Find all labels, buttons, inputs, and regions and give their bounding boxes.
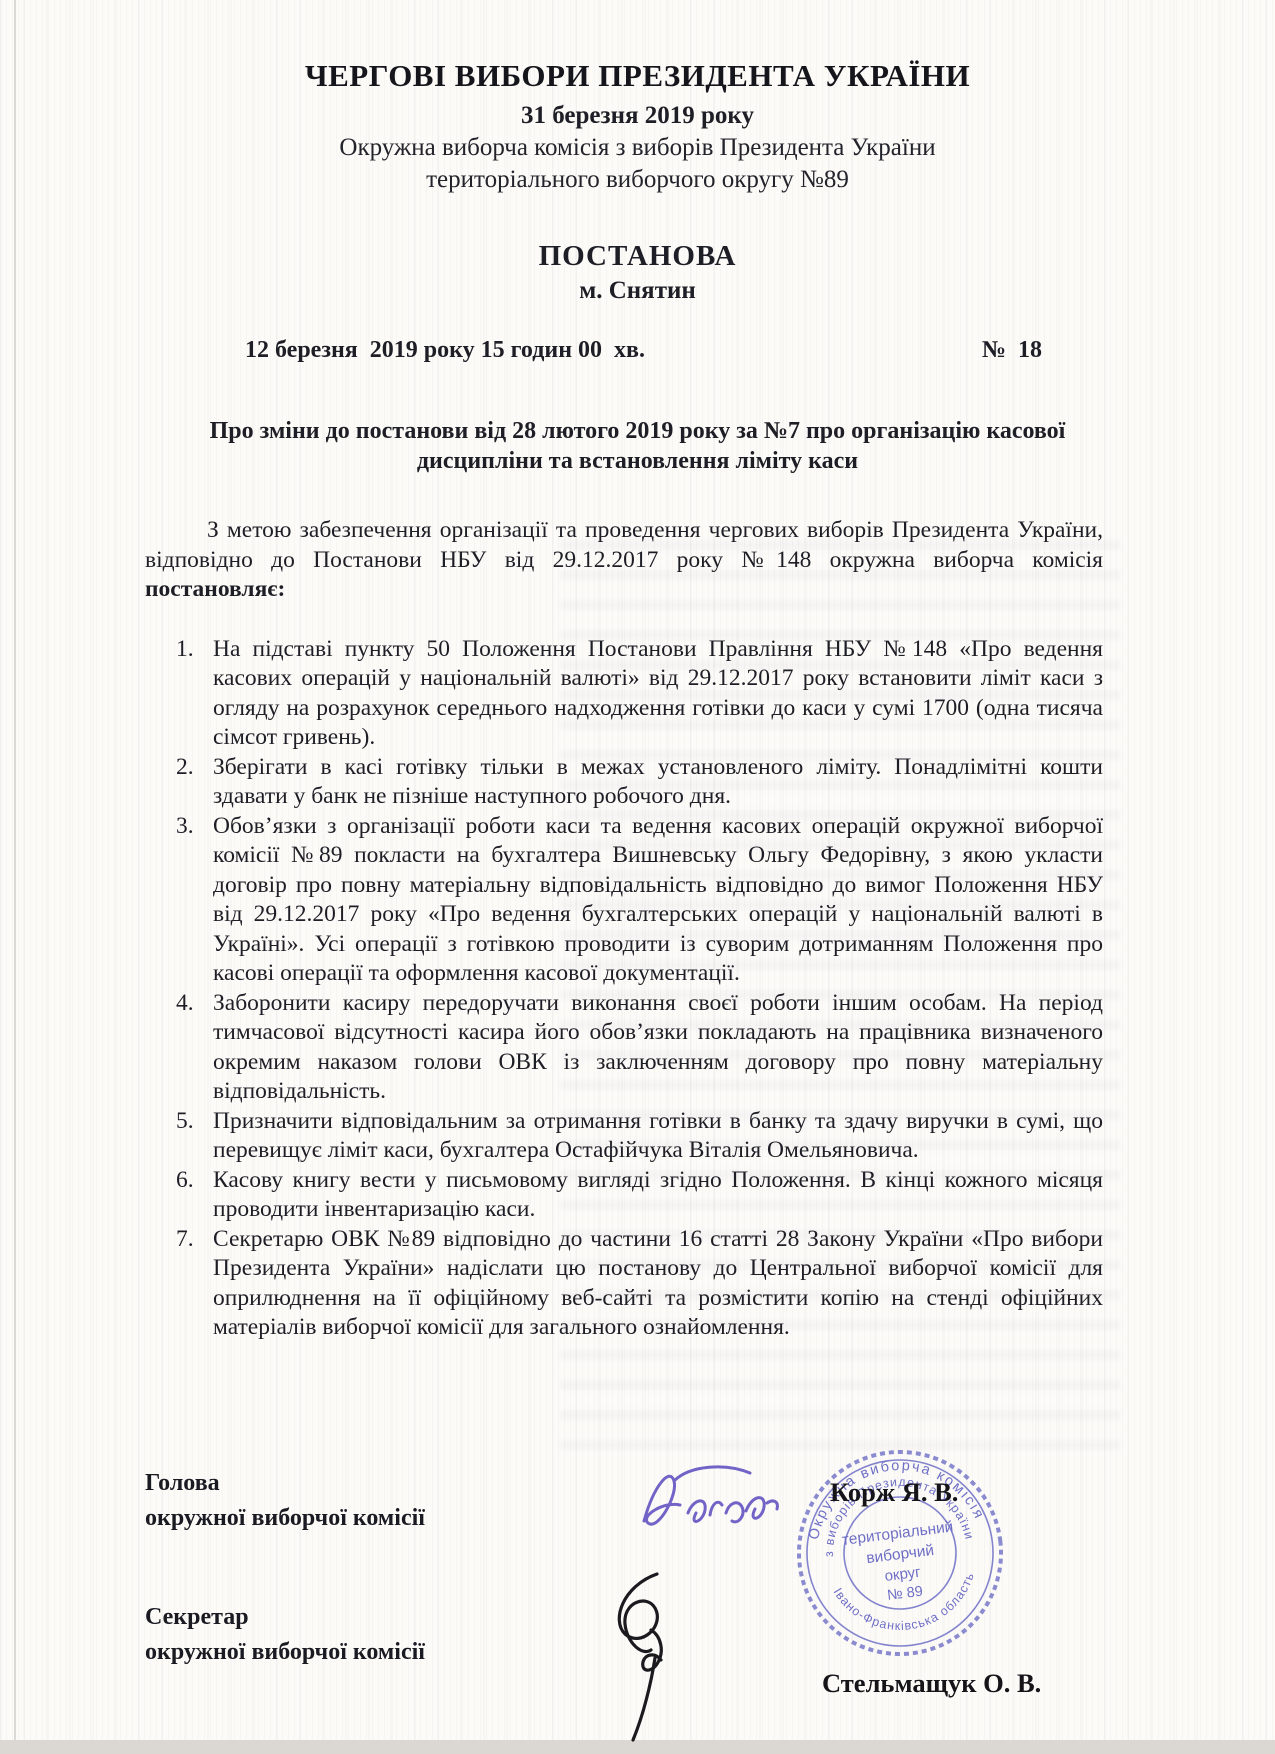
resolution-item-3: Обов’язки з організації роботи каси та в… [213,812,1103,989]
document-header: ЧЕРГОВІ ВИБОРИ ПРЕЗИДЕНТА УКРАЇНИ 31 бер… [0,0,1275,305]
scanned-document-page: ЧЕРГОВІ ВИБОРИ ПРЕЗИДЕНТА УКРАЇНИ 31 бер… [0,0,1275,1754]
signature-name-secretary: Стельмащук О. В. [822,1668,1041,1699]
document-number: № 18 [982,337,1042,364]
stamp-center-line4: № 89 [886,1584,923,1604]
signature-name-head: Корж Я. В. [830,1477,958,1508]
handwritten-signature-head [630,1455,800,1555]
resolution-item-6: Касову книгу вести у письмовому вигляді … [213,1166,1103,1225]
commission-name: Окружна виборча комісія з виборів Презид… [0,134,1275,162]
official-round-stamp: Окружна виборча комісія з виборів Презид… [793,1442,1007,1664]
intro-resolves-word: постановляє: [145,576,285,602]
role-title-secretary: Секретар [145,1600,425,1635]
handwritten-signature-secretary [585,1568,695,1748]
stamp-center-line3: округ [884,1564,922,1585]
document-meta-row: 12 березня 2019 року 15 годин 00 хв. № 1… [0,337,1275,364]
stamp-center-line2: виборчий [865,1542,935,1567]
election-title: ЧЕРГОВІ ВИБОРИ ПРЕЗИДЕНТА УКРАЇНИ [0,58,1275,94]
document-type: ПОСТАНОВА [0,240,1275,273]
signature-role-secretary: Секретар окружної виборчої комісії [145,1600,425,1670]
document-city: м. Снятин [0,277,1275,305]
resolution-item-4: Заборонити касиру передоручати виконання… [213,989,1103,1107]
resolution-item-1: На підставі пункту 50 Положення Постанов… [213,635,1103,753]
district-name: територіального виборчого округу №89 [0,166,1275,194]
intro-text: З метою забезпечення організації та пров… [145,517,1103,573]
document-datetime: 12 березня 2019 року 15 годин 00 хв. [245,337,645,364]
stamp-center-line1: територіальний [841,1518,954,1549]
role-org-secretary: окружної виборчої комісії [145,1635,425,1670]
resolution-item-5: Призначити відповідальним за отримання г… [213,1107,1103,1166]
document-subject: Про зміни до постанови від 28 лютого 201… [188,416,1088,476]
role-title-head: Голова [145,1466,425,1501]
role-org-head: окружної виборчої комісії [145,1501,425,1536]
resolution-item-7: Секретарю ОВК №89 відповідно до частини … [213,1225,1103,1343]
resolution-items-list: На підставі пункту 50 Положення Постанов… [213,635,1103,1343]
intro-paragraph: З метою забезпечення організації та пров… [0,516,1275,605]
resolution-item-2: Зберігати в касі готівку тільки в межах … [213,753,1103,812]
election-date: 31 березня 2019 року [0,102,1275,130]
signature-role-head: Голова окружної виборчої комісії [145,1466,425,1536]
